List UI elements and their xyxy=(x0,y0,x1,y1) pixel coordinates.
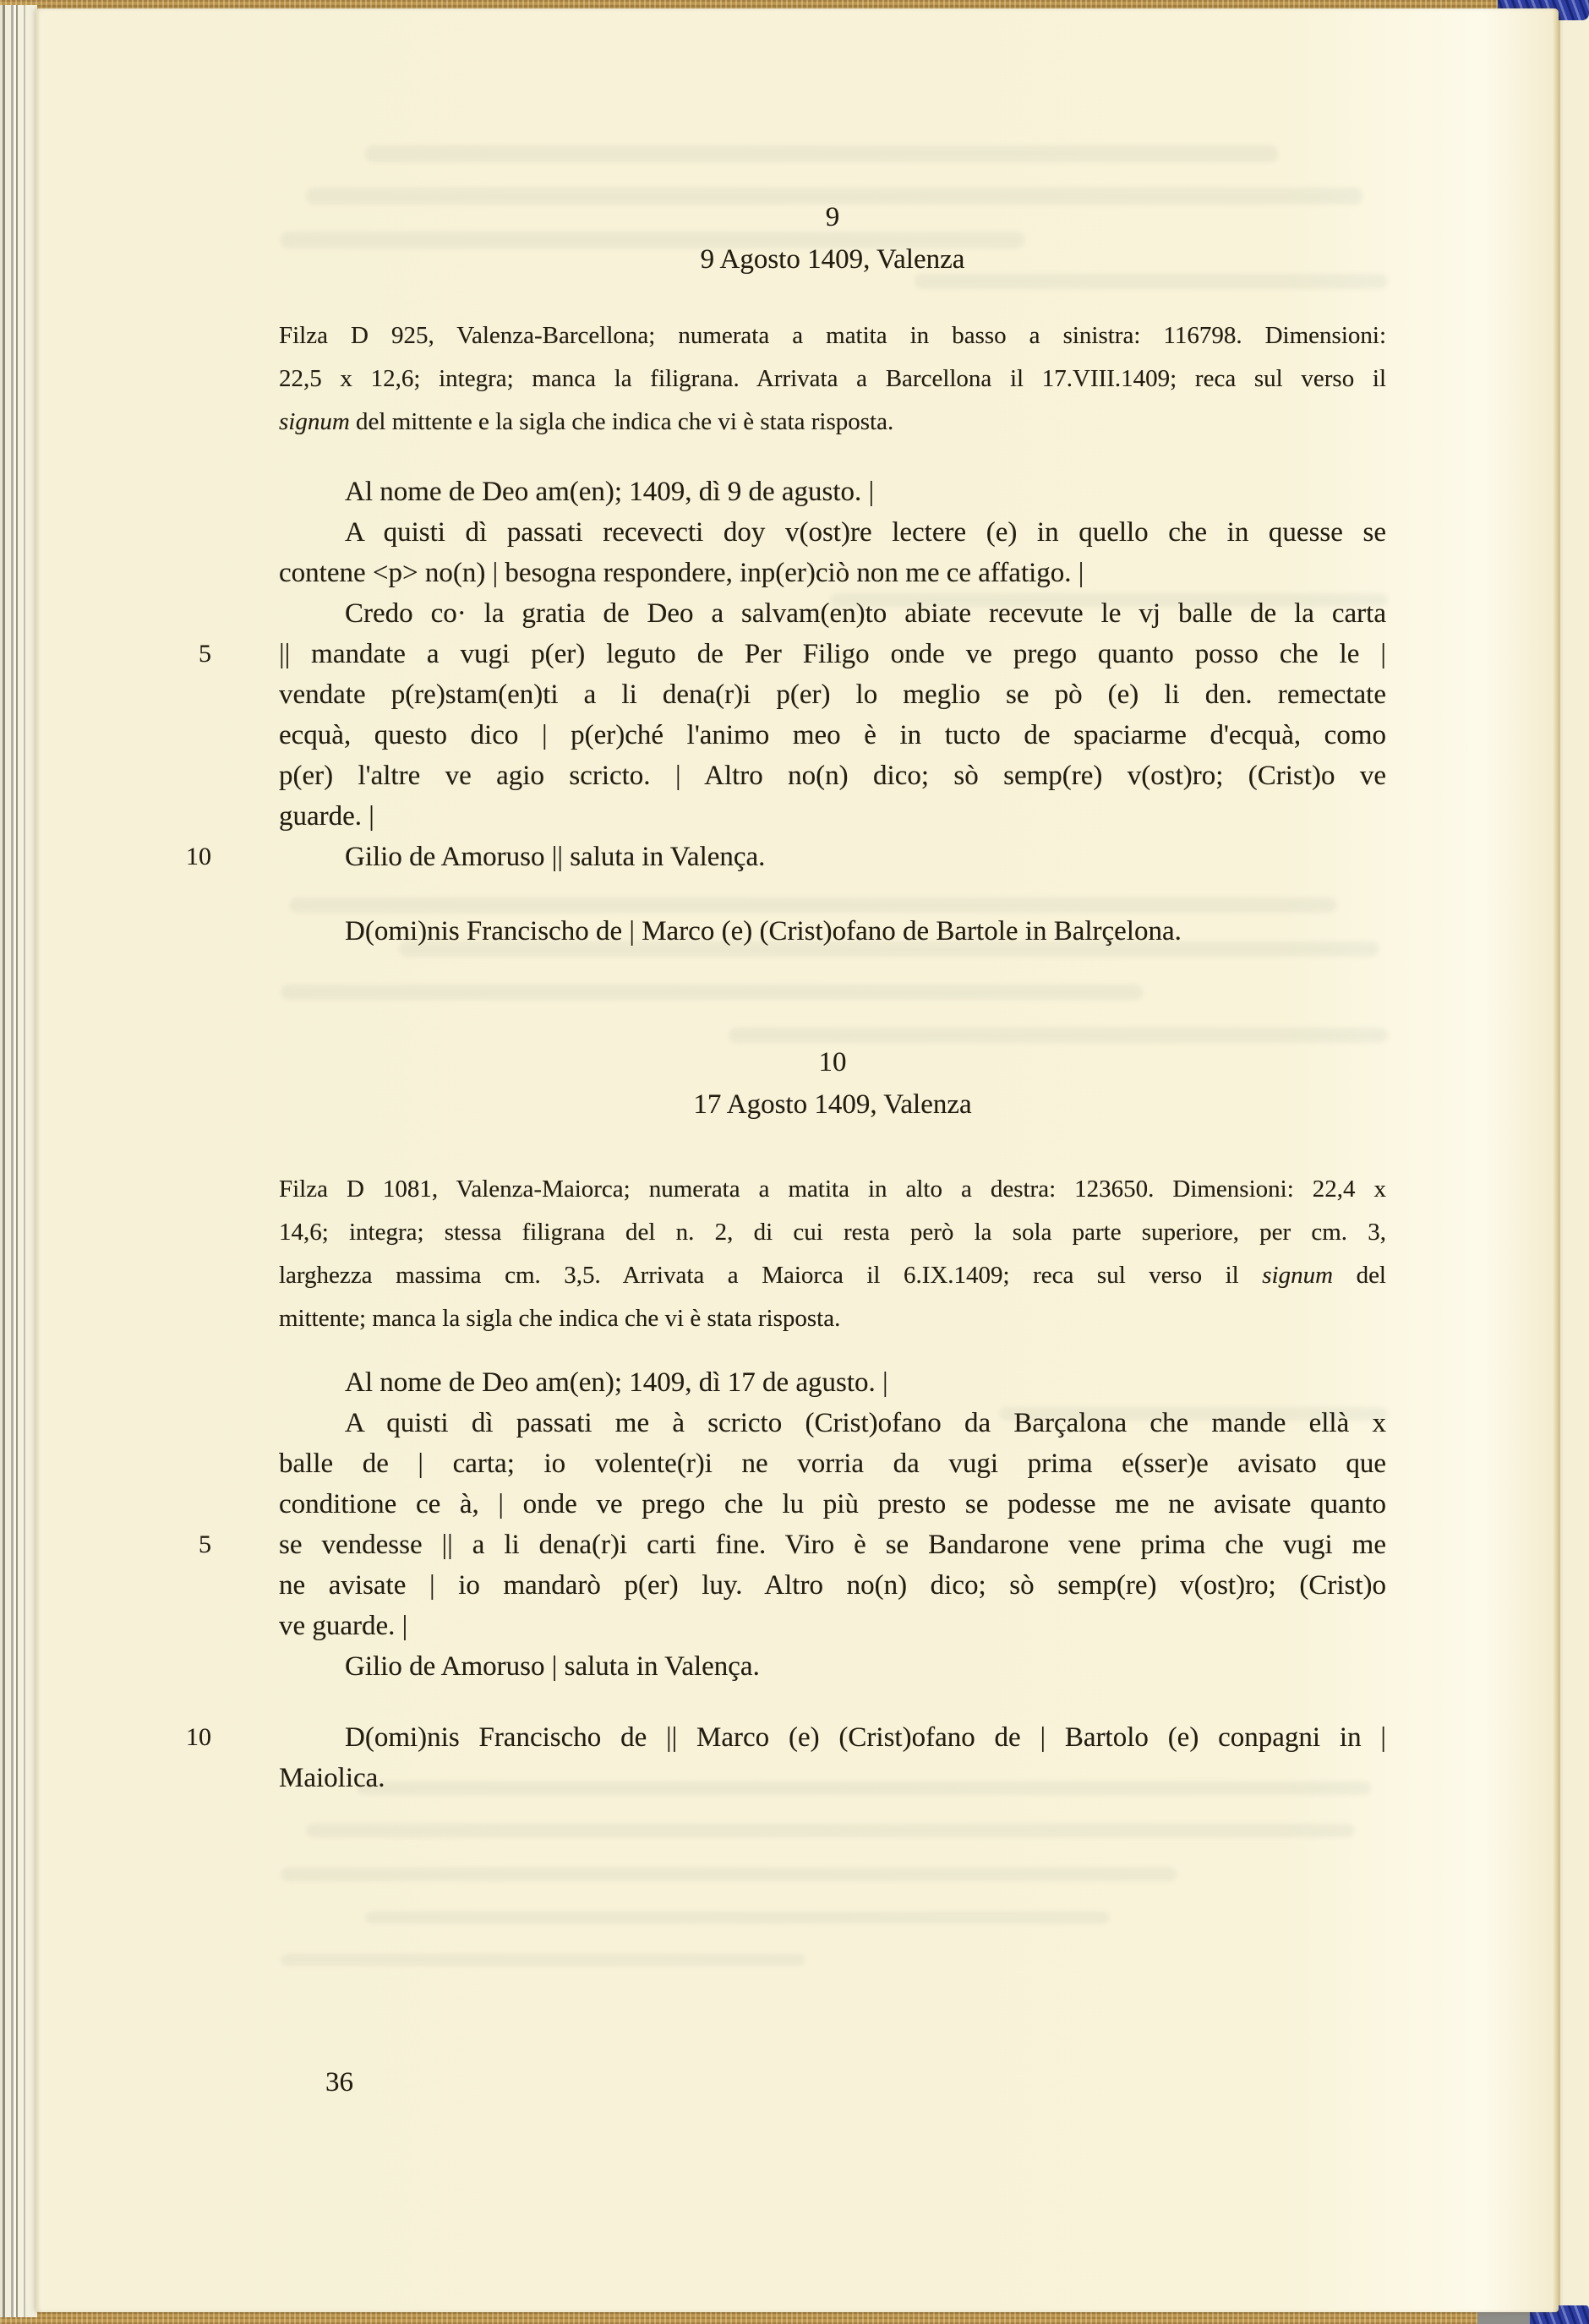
transcription-line: ecquà, questo dico | p(er)ché l'animo me… xyxy=(279,715,1386,756)
transcription-line: Gilio de Amoruso || saluta in Valença. xyxy=(279,837,1386,877)
transcription-line: ve guarde. | xyxy=(279,1606,1386,1646)
apparatus-line: Filza D 1081, Valenza-Maiorca; numerata … xyxy=(279,1168,1386,1211)
transcription-line: balle de | carta; io volente(r)i ne vorr… xyxy=(279,1443,1386,1484)
letter-9-transcription: Al nome de Deo am(en); 1409, dì 9 de agu… xyxy=(279,472,1386,877)
letter-9-number: 9 xyxy=(279,196,1386,238)
address-line: Maiolica. xyxy=(279,1758,1386,1798)
letter-9-date-heading: 9 Agosto 1409, Valenza xyxy=(279,238,1386,281)
transcription-line: Credo co· la gratia de Deo a salvam(en)t… xyxy=(279,593,1386,634)
transcription-line: se vendesse || a li dena(r)i carti fine.… xyxy=(279,1525,1386,1565)
transcription-line: Al nome de Deo am(en); 1409, dì 9 de agu… xyxy=(279,472,1386,512)
showthrough-ghost xyxy=(365,1912,1109,1923)
transcription-line: ne avisate | io mandarò p(er) luy. Altro… xyxy=(279,1565,1386,1606)
spine-shadow xyxy=(1477,2310,1530,2324)
address-line: D(omi)nis Francischo de || Marco (e) (Cr… xyxy=(279,1717,1386,1758)
latin-term: signum xyxy=(279,408,350,435)
apparatus-line: larghezza massima cm. 3,5. Arrivata a Ma… xyxy=(279,1254,1386,1297)
apparatus-text: larghezza massima cm. 3,5. Arrivata a Ma… xyxy=(279,1262,1262,1289)
showthrough-ghost xyxy=(306,1824,1354,1837)
showthrough-ghost xyxy=(281,1954,805,1966)
transcription-line: A quisti dì passati recevecti doy v(ost)… xyxy=(279,512,1386,553)
page-number: 36 xyxy=(325,2062,353,2103)
letter-10-number: 10 xyxy=(279,1041,1386,1083)
apparatus-line: signum del mittente e la sigla che indic… xyxy=(279,401,1386,444)
showthrough-ghost xyxy=(281,985,1143,1000)
transcription-line: p(er) l'altre ve agio scricto. | Altro n… xyxy=(279,756,1386,796)
showthrough-ghost xyxy=(281,1868,1177,1881)
apparatus-line: mittente; manca la sigla che indica che … xyxy=(279,1297,1386,1340)
showthrough-ghost xyxy=(365,145,1278,162)
left-page-edges xyxy=(0,5,37,2317)
letter-10-apparatus: Filza D 1081, Valenza-Maiorca; numerata … xyxy=(279,1168,1386,1340)
apparatus-text: del xyxy=(1333,1262,1386,1289)
transcription-line: guarde. | xyxy=(279,796,1386,837)
latin-term: signum xyxy=(1262,1262,1333,1289)
apparatus-line: 22,5 x 12,6; integra; manca la filigrana… xyxy=(279,357,1386,401)
transcription-line: vendate p(re)stam(en)ti a li dena(r)i p(… xyxy=(279,674,1386,715)
transcription-line: conditione ce à, | onde ve prego che lu … xyxy=(279,1484,1386,1525)
line-number-5: 5 xyxy=(142,1525,211,1565)
line-number-10: 10 xyxy=(142,837,211,877)
transcription-line: || mandate a vugi p(er) leguto de Per Fi… xyxy=(279,634,1386,674)
transcription-line: Al nome de Deo am(en); 1409, dì 17 de ag… xyxy=(279,1362,1386,1403)
letter-10-transcription: Al nome de Deo am(en); 1409, dì 17 de ag… xyxy=(279,1362,1386,1687)
apparatus-line: Filza D 925, Valenza-Barcellona; numerat… xyxy=(279,314,1386,357)
line-number-10: 10 xyxy=(142,1717,211,1758)
transcription-line: contene <p> no(n) | besogna respondere, … xyxy=(279,553,1386,593)
letter-10-date-heading: 17 Agosto 1409, Valenza xyxy=(279,1083,1386,1126)
letter-10-address: D(omi)nis Francischo de || Marco (e) (Cr… xyxy=(279,1717,1386,1798)
letter-9-address: D(omi)nis Francischo de | Marco (e) (Cri… xyxy=(279,911,1386,952)
address-line: D(omi)nis Francischo de | Marco (e) (Cri… xyxy=(279,911,1386,952)
apparatus-line: 14,6; integra; stessa filigrana del n. 2… xyxy=(279,1211,1386,1254)
letter-9-apparatus: Filza D 925, Valenza-Barcellona; numerat… xyxy=(279,314,1386,444)
apparatus-text: del mittente e la sigla che indica che v… xyxy=(350,408,893,435)
scanned-book-photo: 9 9 Agosto 1409, Valenza Filza D 925, Va… xyxy=(0,0,1589,2324)
transcription-line: Gilio de Amoruso | saluta in Valença. xyxy=(279,1646,1386,1687)
transcription-line: A quisti dì passati me à scricto (Crist)… xyxy=(279,1403,1386,1443)
line-number-5: 5 xyxy=(142,634,211,674)
underlying-page-edge xyxy=(1559,14,1589,2310)
